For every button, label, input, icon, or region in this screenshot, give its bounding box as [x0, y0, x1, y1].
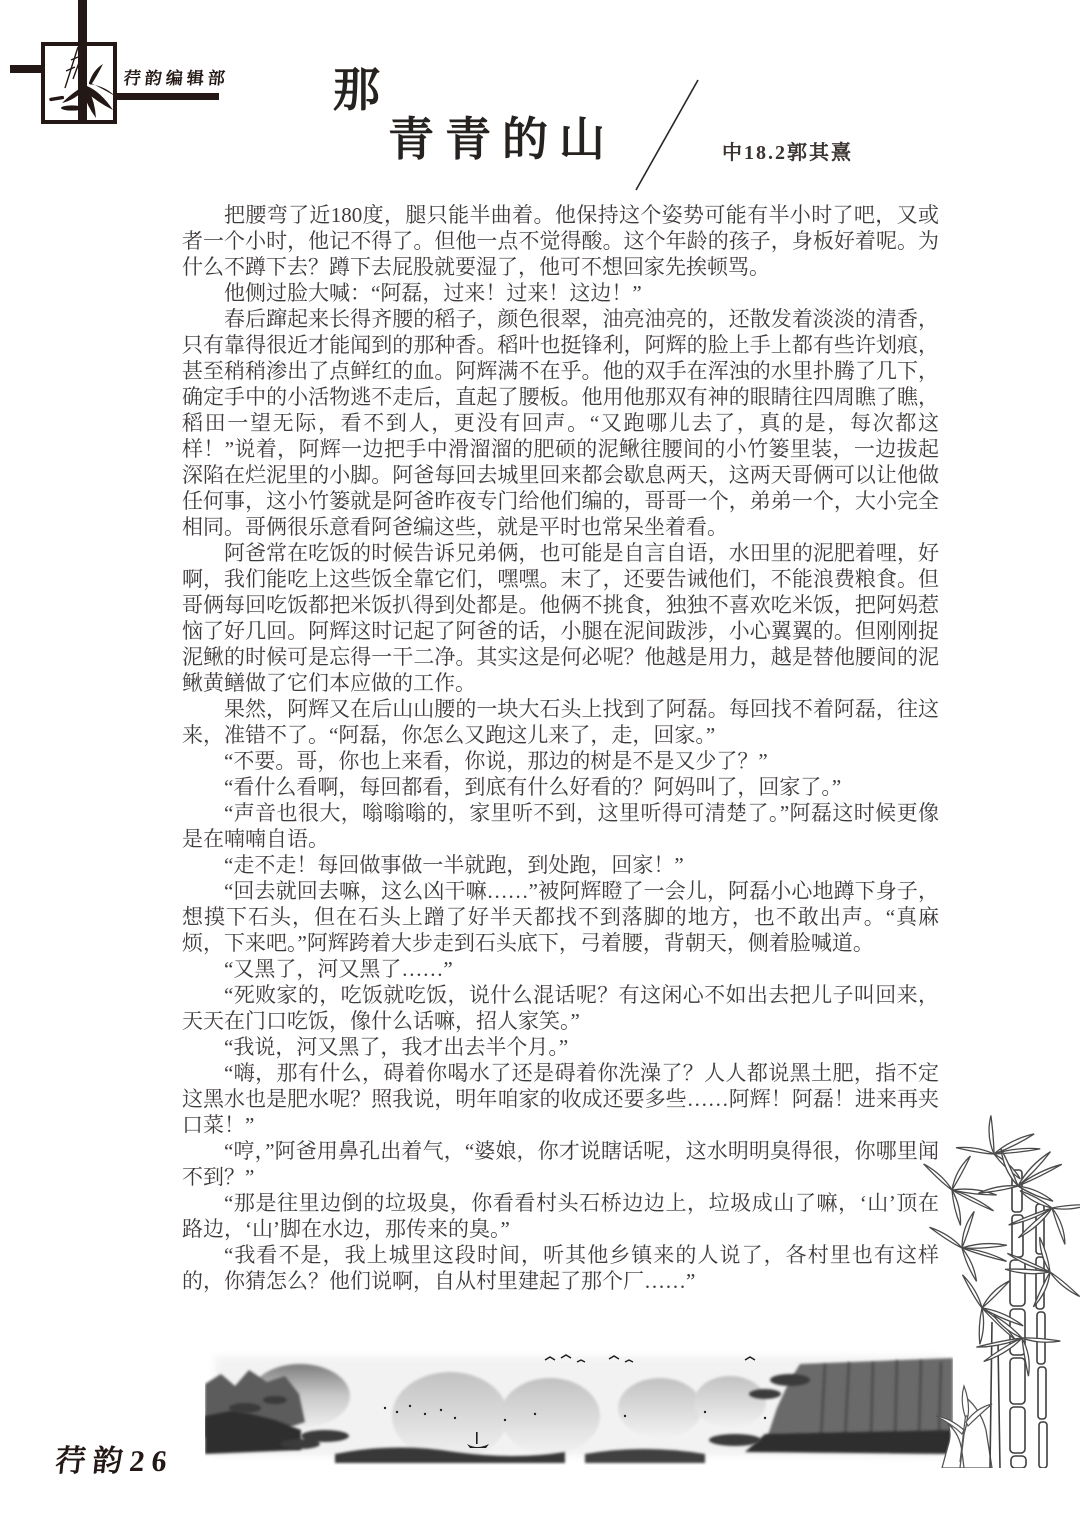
paragraph: “我说，河又黑了，我才出去半个月。”	[182, 1034, 939, 1060]
paragraph: 阿爸常在吃饭的时候告诉兄弟俩，也可能是自言自语，水田里的泥肥着哩，好啊，我们能吃…	[182, 540, 939, 696]
paragraph: “哼，”阿爸用鼻孔出着气，“婆娘，你才说瞎话呢，这水明明臭得很，你哪里闻不到？”	[182, 1138, 939, 1190]
page-number: 荇韵26	[54, 1436, 177, 1480]
paragraph: “我看不是，我上城里这段时间，听其他乡镇来的人说了，各村里也有这样的，你猜怎么？…	[182, 1242, 939, 1294]
paragraph: 果然，阿辉又在后山山腰的一块大石头上找到了阿磊。每回找不着阿磊，往这来，准错不了…	[182, 696, 939, 748]
bamboo-sprig-icon	[930, 1352, 1000, 1462]
paragraph: “那是往里边倒的垃圾臭，你看看村头石桥边边上，垃圾成山了嘛，‘山’顶在路边，‘山…	[182, 1190, 939, 1242]
logo-text: 荇韵编辑部	[123, 64, 230, 89]
slash-divider-icon	[596, 76, 706, 196]
logo-left-bar	[10, 65, 42, 73]
paragraph: “回去就回去嘛，这么凶干嘛……”被阿辉瞪了一会儿，阿磊小心地蹲下身子，想摸下石头…	[182, 878, 939, 956]
title-line-1: 那	[333, 53, 380, 120]
paragraph: “又黑了，河又黑了……”	[182, 956, 939, 982]
paragraph: “死败家的，吃饭就吃饭，说什么混话呢？有这闲心不如出去把儿子叫回来，天天在门口吃…	[182, 982, 939, 1034]
title-line-2: 青青的山	[388, 103, 616, 169]
paragraph: 把腰弯了近180度，腿只能半曲着。他保持这个姿势可能有半小时了吧，又或者一个小时…	[182, 202, 939, 280]
magazine-page: 荇韵编辑部 那 青青的山 中18.2郭其熹 把腰弯了近180度，腿只能半曲着。他…	[0, 0, 1080, 1530]
ink-landscape-painting	[205, 1350, 953, 1465]
paragraph: “声音也很大，嗡嗡嗡的，家里听不到，这里听得可清楚了。”阿磊这时候更像是在喃喃自…	[182, 800, 939, 852]
paragraph: “看什么看啊，每回都看，到底有什么好看的？阿妈叫了，回家了。”	[182, 774, 939, 800]
author-byline: 中18.2郭其熹	[722, 136, 853, 165]
paragraph: “走不走！每回做事做一半就跑，到处跑，回家！”	[182, 852, 939, 878]
paragraph: “不要。哥，你也上来看，你说，那边的树是不是又少了？”	[182, 748, 939, 774]
paragraph: “嗨，那有什么，碍着你喝水了还是碍着你洗澡了？人人都说黑土肥，指不定这黑水也是肥…	[182, 1060, 939, 1138]
paragraph: 春后蹿起来长得齐腰的稻子，颜色很翠，油亮油亮的，还散发着淡淡的清香，只有靠得很近…	[182, 306, 939, 540]
article-body: 把腰弯了近180度，腿只能半曲着。他保持这个姿势可能有半小时了吧，又或者一个小时…	[182, 202, 939, 1294]
logo-vertical-bar	[78, 0, 87, 124]
paragraph: 他侧过脸大喊：“阿磊，过来！过来！这边！”	[182, 280, 939, 306]
logo-right-bar	[117, 93, 219, 100]
